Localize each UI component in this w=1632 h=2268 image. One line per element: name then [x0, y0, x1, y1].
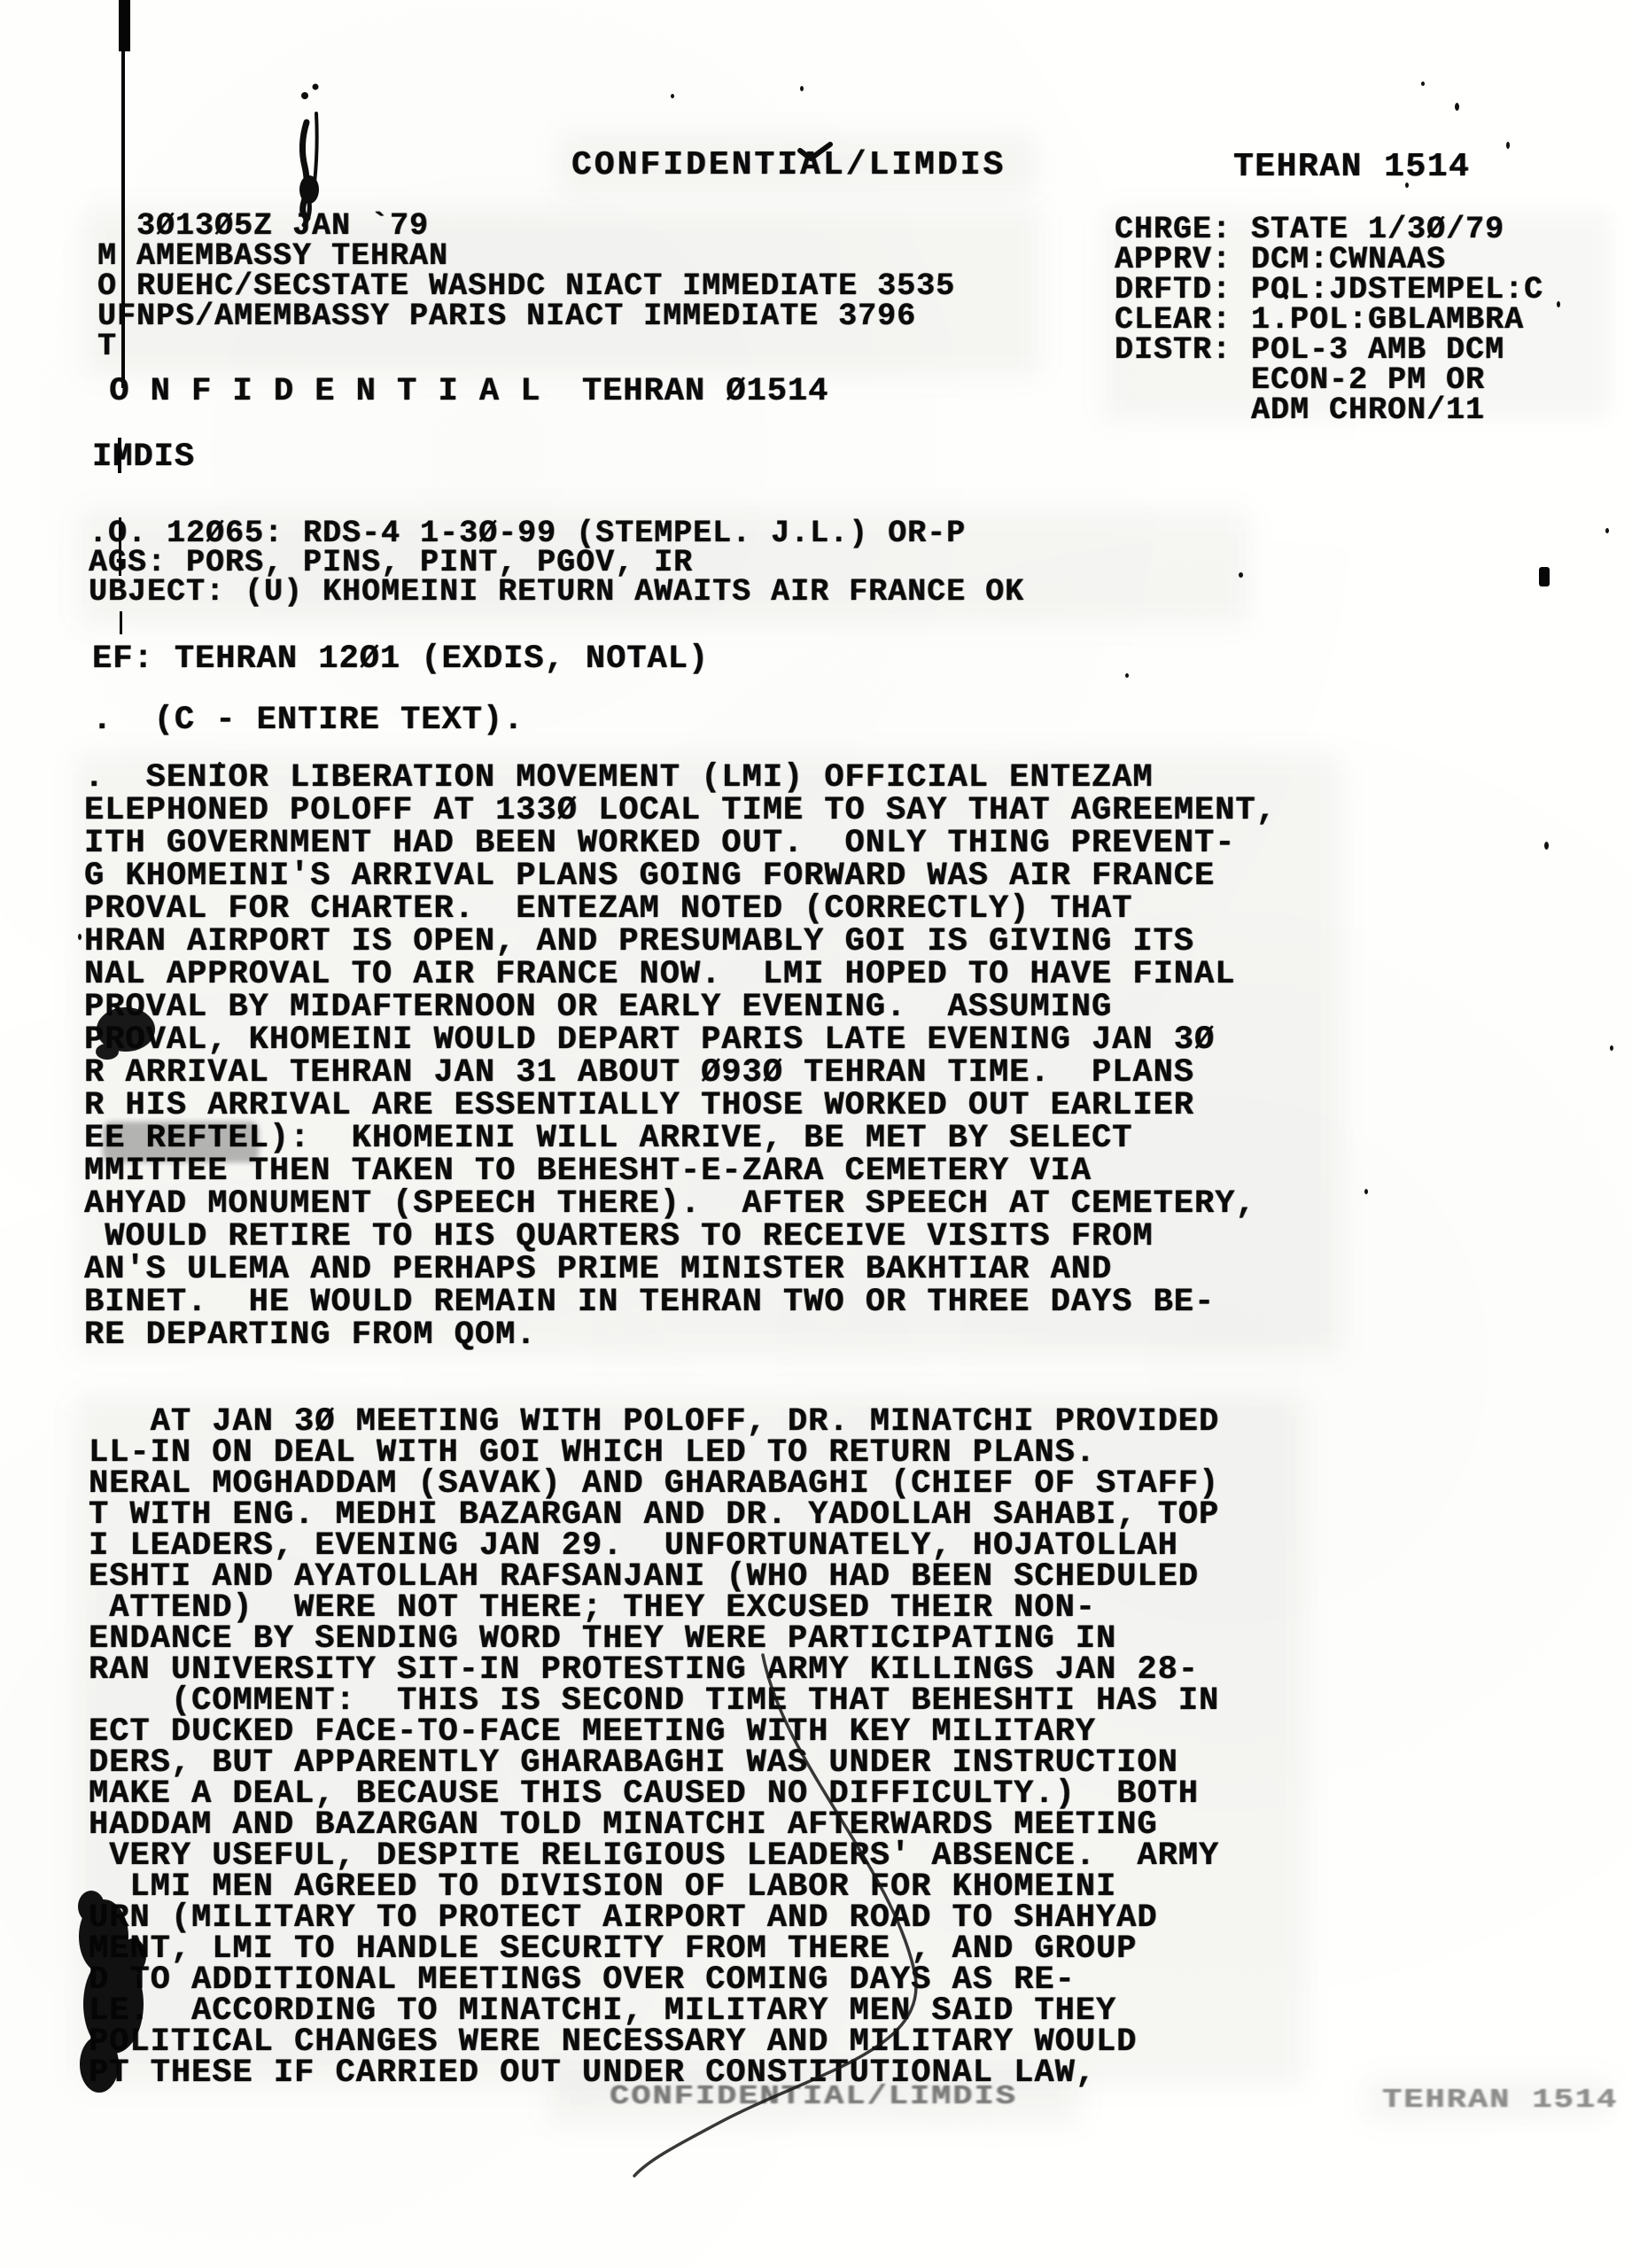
eo-tags-subject-block: .O. 12Ø65: RDS-4 1-3Ø-99 (STEMPEL. J.L.)…	[89, 519, 1024, 607]
ink-speck	[1610, 1045, 1613, 1051]
cable-number-header: TEHRAN 1514	[1233, 151, 1470, 183]
classification-footer: CONFIDENTIAL/LIMDIS	[610, 2084, 1017, 2110]
ink-speck	[1605, 528, 1609, 533]
paragraph-2: . SENIOR LIBERATION MOVEMENT (LMI) OFFIC…	[84, 762, 1277, 1352]
cable-number-footer: TEHRAN 1514	[1382, 2087, 1618, 2114]
ink-speck	[1125, 673, 1129, 678]
admin-block: CHRGE: STATE 1/3Ø/79 APPRV: DCM:CWNAAS D…	[1115, 214, 1543, 425]
classification-line: O N F I D E N T I A L TEHRAN Ø1514	[89, 376, 828, 408]
ink-speck	[1364, 1189, 1368, 1194]
paragraph-3: AT JAN 3Ø MEETING WITH POLOFF, DR. MINAT…	[89, 1407, 1219, 2089]
paragraph-1: . (C - ENTIRE TEXT).	[92, 704, 524, 737]
scanned-cable-page: CONFIDENTIAL/LIMDIS TEHRAN 1514 3Ø13Ø5Z …	[0, 0, 1632, 2268]
ink-speck	[1506, 142, 1510, 149]
pen-squiggle	[299, 84, 319, 226]
ink-speck	[1239, 572, 1243, 578]
reference-line: EF: TEHRAN 12Ø1 (EXDIS, NOTAL)	[92, 643, 709, 676]
scan-edge-line-segment	[120, 611, 122, 634]
ink-speck	[1455, 103, 1459, 111]
ink-mark-right	[1539, 567, 1550, 586]
ink-speck	[1544, 842, 1549, 850]
routing-block: 3Ø13Ø5Z JAN `79 M AMEMBASSY TEHRAN O RUE…	[97, 211, 955, 361]
ink-speck	[1421, 82, 1425, 86]
ink-speck	[1557, 301, 1560, 307]
ink-speck	[671, 94, 674, 98]
limdis-caption: IMDIS	[92, 441, 195, 474]
ink-speck	[800, 86, 804, 91]
ink-speck	[78, 934, 82, 940]
classification-header: CONFIDENTIAL/LIMDIS	[571, 149, 1006, 182]
